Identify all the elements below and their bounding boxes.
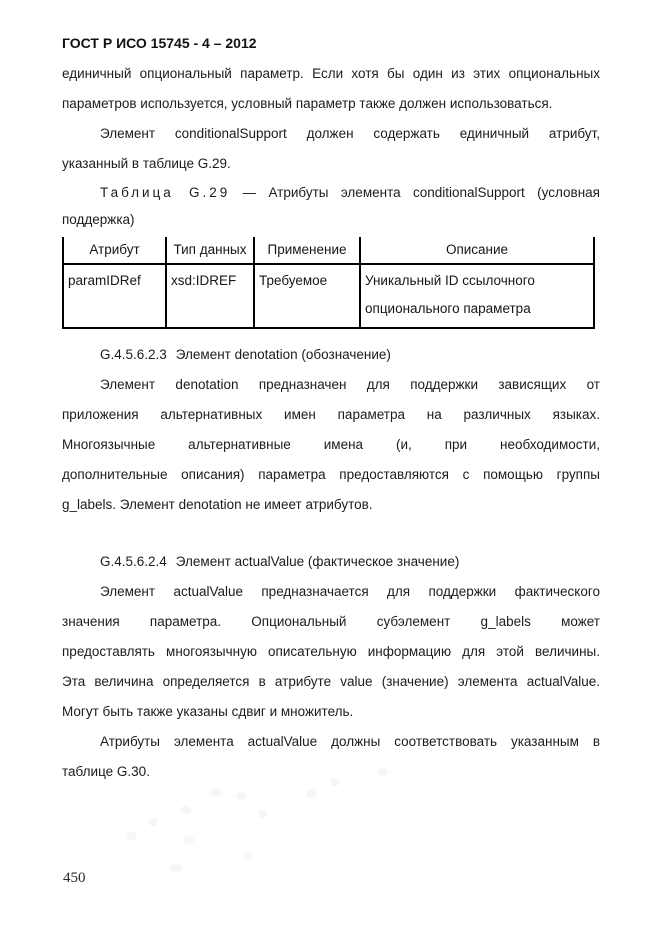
- section-heading-actual-value: G.4.5.6.2.4Элемент actualValue (фактичес…: [62, 547, 600, 577]
- section-heading-denotation: G.4.5.6.2.3Элемент denotation (обозначен…: [62, 340, 600, 370]
- cell-usage: Требуемое: [254, 264, 360, 328]
- cell-data-type: xsd:IDREF: [166, 264, 254, 328]
- scan-artifact: [170, 864, 182, 873]
- table-header-description: Описание: [360, 237, 594, 264]
- document-page: ГОСТ Р ИСО 15745 - 4 – 2012 единичный оп…: [0, 0, 661, 936]
- text-line: Элемент conditionalSupport должен содерж…: [62, 119, 600, 149]
- text-line: значения параметра. Опциональный субэлем…: [62, 607, 600, 637]
- scan-artifact: [306, 790, 317, 798]
- text-line: Могут быть также указаны сдвиг и множите…: [62, 697, 600, 727]
- page-number: 450: [63, 870, 86, 887]
- scan-artifact: [378, 768, 388, 776]
- text-line: дополнительные описания) параметра предо…: [62, 460, 600, 490]
- cell-description: Уникальный ID ссылочного опционального п…: [360, 264, 594, 328]
- scan-artifact: [126, 832, 137, 841]
- cell-attribute: paramIDRef: [63, 264, 166, 328]
- intro-paragraph-2: Элемент conditionalSupport должен содерж…: [62, 119, 600, 179]
- denotation-paragraph: Элемент denotation предназначен для подд…: [62, 370, 600, 520]
- table-header-attribute: Атрибут: [63, 237, 166, 264]
- section-title: Элемент actualValue (фактическое значени…: [176, 554, 460, 569]
- table-caption-label: Таблица G.29: [100, 185, 230, 200]
- table-row: paramIDRef xsd:IDREF Требуемое Уникальны…: [63, 264, 594, 328]
- scan-artifact: [330, 778, 340, 786]
- text-line: Атрибуты элемента actualValue должны соо…: [62, 727, 600, 757]
- scan-artifact: [180, 806, 191, 814]
- actual-value-paragraph-1: Элемент actualValue предназначается для …: [62, 577, 600, 727]
- table-header-data-type: Тип данных: [166, 237, 254, 264]
- text-line: Элемент actualValue предназначается для …: [62, 577, 600, 607]
- text-line: указанный в таблице G.29.: [62, 149, 600, 179]
- text-line: параметров используется, условный параме…: [62, 89, 600, 119]
- text-line: Элемент denotation предназначен для подд…: [62, 370, 600, 400]
- table-caption-text: — Атрибуты элемента conditionalSupport (…: [243, 185, 600, 200]
- section-title: Элемент denotation (обозначение): [176, 347, 391, 362]
- scan-artifact: [236, 792, 246, 800]
- table-caption: Таблица G.29 — Атрибуты элемента conditi…: [62, 179, 600, 233]
- scan-artifact: [243, 852, 253, 860]
- scan-artifact: [184, 836, 194, 844]
- table-header-usage: Применение: [254, 237, 360, 264]
- text-line: g_labels. Элемент denotation не имеет ат…: [62, 490, 600, 520]
- scan-artifact: [258, 810, 267, 818]
- scan-artifact: [210, 788, 222, 797]
- document-header: ГОСТ Р ИСО 15745 - 4 – 2012: [62, 33, 600, 53]
- text-line: Эта величина определяется в атрибуте val…: [62, 667, 600, 697]
- intro-paragraph-1: единичный опциональный параметр. Если хо…: [62, 59, 600, 119]
- table-caption-line-1: Таблица G.29 — Атрибуты элемента conditi…: [62, 179, 600, 206]
- text-line: приложения альтернативных имен параметра…: [62, 400, 600, 430]
- section-number: G.4.5.6.2.3: [100, 347, 167, 362]
- text-line: Многоязычные альтернативные имена (и, пр…: [62, 430, 600, 460]
- table-caption-line-2: поддержка): [62, 206, 600, 233]
- table-header-row: Атрибут Тип данных Применение Описание: [63, 237, 594, 264]
- attributes-table: Атрибут Тип данных Применение Описание p…: [62, 237, 595, 329]
- text-line: предоставлять многоязычную описательную …: [62, 637, 600, 667]
- scan-artifact: [148, 818, 158, 826]
- text-line: единичный опциональный параметр. Если хо…: [62, 59, 600, 89]
- section-number: G.4.5.6.2.4: [100, 554, 167, 569]
